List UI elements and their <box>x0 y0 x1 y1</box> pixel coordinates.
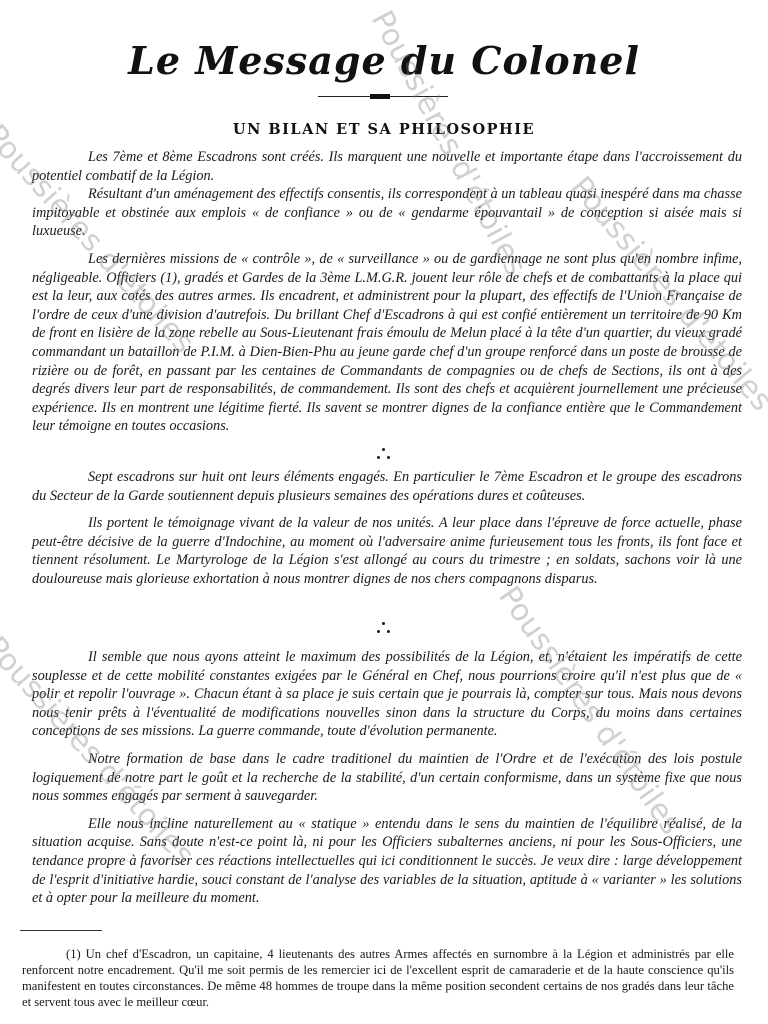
title-divider <box>318 96 448 97</box>
divider-ornament <box>370 94 390 99</box>
section-heading: UN BILAN ET SA PHILOSOPHIE <box>0 121 768 138</box>
page-title: Le Message du Colonel <box>0 38 768 83</box>
footnote: (1) Un chef d'Escadron, un capitaine, 4 … <box>22 946 734 1010</box>
body-block-1: Les 7ème et 8ème Escadrons sont créés. I… <box>32 148 742 436</box>
paragraph: Notre formation de base dans le cadre tr… <box>32 750 742 806</box>
paragraph: Les dernières missions de « contrôle », … <box>32 250 742 436</box>
paragraph: Il semble que nous ayons atteint le maxi… <box>32 648 742 741</box>
footnote-divider <box>20 930 102 931</box>
paragraph: Ils portent le témoignage vivant de la v… <box>32 514 742 588</box>
document-page: Le Message du Colonel UN BILAN ET SA PHI… <box>0 0 768 1024</box>
section-separator-stars <box>374 622 394 636</box>
body-block-3: Il semble que nous ayons atteint le maxi… <box>32 648 742 908</box>
footnote-text: (1) Un chef d'Escadron, un capitaine, 4 … <box>22 946 734 1010</box>
section-separator-stars <box>374 448 394 462</box>
paragraph: Elle nous incline naturellement au « sta… <box>32 815 742 908</box>
body-block-2: Sept escadrons sur huit ont leurs élémen… <box>32 468 742 589</box>
paragraph: Sept escadrons sur huit ont leurs élémen… <box>32 468 742 505</box>
paragraph: Résultant d'un aménagement des effectifs… <box>32 185 742 241</box>
paragraph: Les 7ème et 8ème Escadrons sont créés. I… <box>32 148 742 185</box>
